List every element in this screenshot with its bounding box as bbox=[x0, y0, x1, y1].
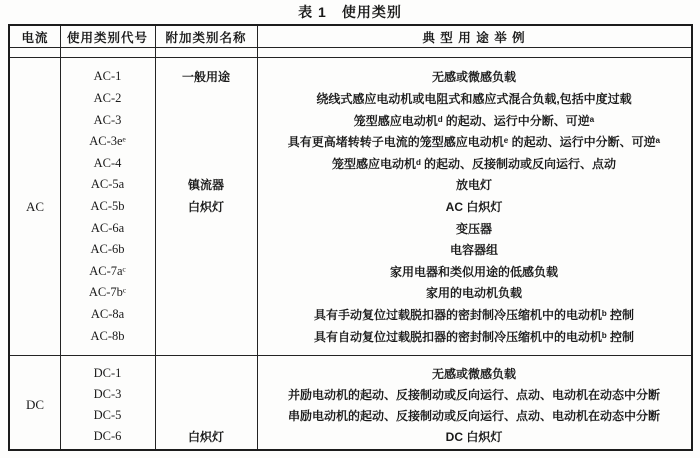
additional-category-name: 一般用途 bbox=[155, 68, 257, 85]
usage-category-code: DC-1 bbox=[60, 366, 155, 381]
dc-section: DC DC-1 无感或微感负载 DC-3 并励电动机的起动、反接制动或反向运行、… bbox=[10, 355, 691, 453]
usage-category-code: AC-2 bbox=[60, 91, 155, 106]
usage-category-code: AC-3 bbox=[60, 113, 155, 128]
usage-category-code: DC-5 bbox=[60, 408, 155, 423]
typical-usage: 笼型感应电动机ᵈ 的起动、运行中分断、可逆ᵃ bbox=[257, 112, 691, 129]
header-current: 电流 bbox=[10, 28, 60, 46]
usage-category-code: AC-5a bbox=[60, 177, 155, 192]
typical-usage: AC 白炽灯 bbox=[257, 198, 691, 215]
typical-usage: 无感或微感负载 bbox=[257, 365, 691, 382]
additional-category-name: 白炽灯 bbox=[155, 428, 257, 445]
usage-category-code: AC-3eᵉ bbox=[60, 134, 155, 149]
usage-category-code: AC-1 bbox=[60, 69, 155, 84]
typical-usage: 具有更高堵转转子电流的笼型感应电动机ᵉ 的起动、运行中分断、可逆ᵃ bbox=[257, 133, 691, 150]
header-typical-usage: 典 型 用 途 举 例 bbox=[257, 28, 691, 46]
typical-usage: 绕线式感应电动机或电阻式和感应式混合负载,包括中度过载 bbox=[257, 90, 691, 107]
current-type-dc: DC bbox=[10, 356, 60, 453]
typical-usage: 并励电动机的起动、反接制动或反向运行、点动、电动机在动态中分断 bbox=[257, 386, 691, 403]
usage-category-code: AC-6b bbox=[60, 242, 155, 257]
additional-category-name: 白炽灯 bbox=[155, 198, 257, 215]
typical-usage: DC 白炽灯 bbox=[257, 428, 691, 445]
current-type-ac: AC bbox=[10, 58, 60, 355]
typical-usage: 电容器组 bbox=[257, 241, 691, 258]
usage-category-code: AC-7bᶜ bbox=[60, 285, 155, 300]
document-page: { "title": "表 1 使用类别", "table": { "heade… bbox=[0, 0, 700, 458]
typical-usage: 家用电器和类似用途的低感负载 bbox=[257, 263, 691, 280]
typical-usage: 无感或微感负载 bbox=[257, 68, 691, 85]
usage-category-code: DC-6 bbox=[60, 429, 155, 444]
usage-category-code: AC-5b bbox=[60, 199, 155, 214]
typical-usage: 笼型感应电动机ᵈ 的起动、反接制动或反向运行、点动 bbox=[257, 155, 691, 172]
usage-category-code: AC-6a bbox=[60, 221, 155, 236]
column-divider bbox=[155, 26, 156, 449]
table-header-row: 电流 使用类别代号 附加类别名称 典 型 用 途 举 例 bbox=[10, 26, 691, 48]
typical-usage: 具有自动复位过载脱扣器的密封制冷压缩机中的电动机ᵇ 控制 bbox=[257, 328, 691, 345]
usage-category-code: AC-8a bbox=[60, 307, 155, 322]
usage-category-code: DC-3 bbox=[60, 387, 155, 402]
typical-usage: 具有手动复位过载脱扣器的密封制冷压缩机中的电动机ᵇ 控制 bbox=[257, 306, 691, 323]
column-divider bbox=[257, 26, 258, 449]
typical-usage: 家用的电动机负载 bbox=[257, 284, 691, 301]
typical-usage: 放电灯 bbox=[257, 176, 691, 193]
usage-category-code: AC-8b bbox=[60, 329, 155, 344]
header-usage-category-code: 使用类别代号 bbox=[60, 28, 155, 46]
ac-section: AC AC-1 一般用途 无感或微感负载 AC-2 绕线式感应电动机或电阻式和感… bbox=[10, 58, 691, 355]
usage-category-table: 电流 使用类别代号 附加类别名称 典 型 用 途 举 例 AC AC-1 一般用… bbox=[8, 24, 693, 451]
header-spacer-row bbox=[10, 48, 691, 58]
usage-category-code: AC-4 bbox=[60, 156, 155, 171]
typical-usage: 串励电动机的起动、反接制动或反向运行、点动、电动机在动态中分断 bbox=[257, 407, 691, 424]
column-divider bbox=[60, 26, 61, 449]
additional-category-name: 镇流器 bbox=[155, 176, 257, 193]
table-title: 表 1 使用类别 bbox=[0, 2, 700, 22]
typical-usage: 变压器 bbox=[257, 220, 691, 237]
header-additional-category-name: 附加类别名称 bbox=[155, 28, 257, 46]
usage-category-code: AC-7aᶜ bbox=[60, 264, 155, 279]
